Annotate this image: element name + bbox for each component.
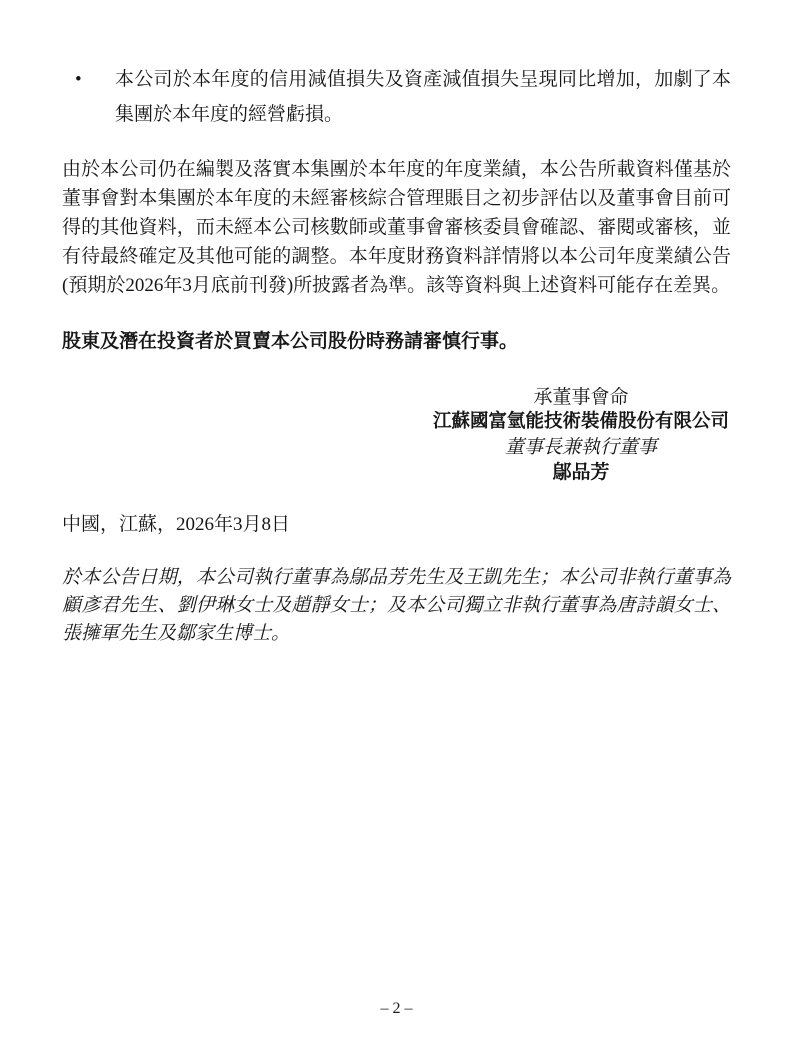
caution-statement: 股東及潛在投資者於買賣本公司股份時務請審慎行事。 bbox=[62, 327, 731, 356]
dateline: 中國，江蘇，2026年3月8日 bbox=[62, 513, 731, 537]
page-number: – 2 – bbox=[0, 1000, 793, 1018]
disclaimer-paragraph: 由於本公司仍在編製及落實本集團於本年度的年度業績，本公告所載資料僅基於董事會對本… bbox=[62, 155, 731, 300]
bullet-item: • 本公司於本年度的信用減值損失及資產減值損失呈現同比增加，加劇了本集團於本年度… bbox=[62, 62, 731, 132]
page-content: • 本公司於本年度的信用減值損失及資產減值損失呈現同比增加，加劇了本集團於本年度… bbox=[62, 62, 731, 648]
bullet-marker: • bbox=[62, 62, 115, 97]
bullet-text: 本公司於本年度的信用減值損失及資產減值損失呈現同比增加，加劇了本集團於本年度的經… bbox=[115, 62, 731, 132]
signer-name: 鄔品芳 bbox=[431, 460, 731, 485]
signature-block: 承董事會命 江蘇國富氫能技術裝備股份有限公司 董事長兼執行董事 鄔品芳 bbox=[431, 385, 731, 485]
announcement-page: • 本公司於本年度的信用減值損失及資產減值損失呈現同比增加，加劇了本集團於本年度… bbox=[0, 0, 793, 1058]
company-name: 江蘇國富氫能技術裝備股份有限公司 bbox=[431, 410, 731, 435]
directors-paragraph: 於本公告日期，本公司執行董事為鄔品芳先生及王凱先生；本公司非執行董事為顧彥君先生… bbox=[62, 564, 731, 648]
by-order-of-board-line: 承董事會命 bbox=[431, 385, 731, 410]
signer-title: 董事長兼執行董事 bbox=[431, 435, 731, 460]
